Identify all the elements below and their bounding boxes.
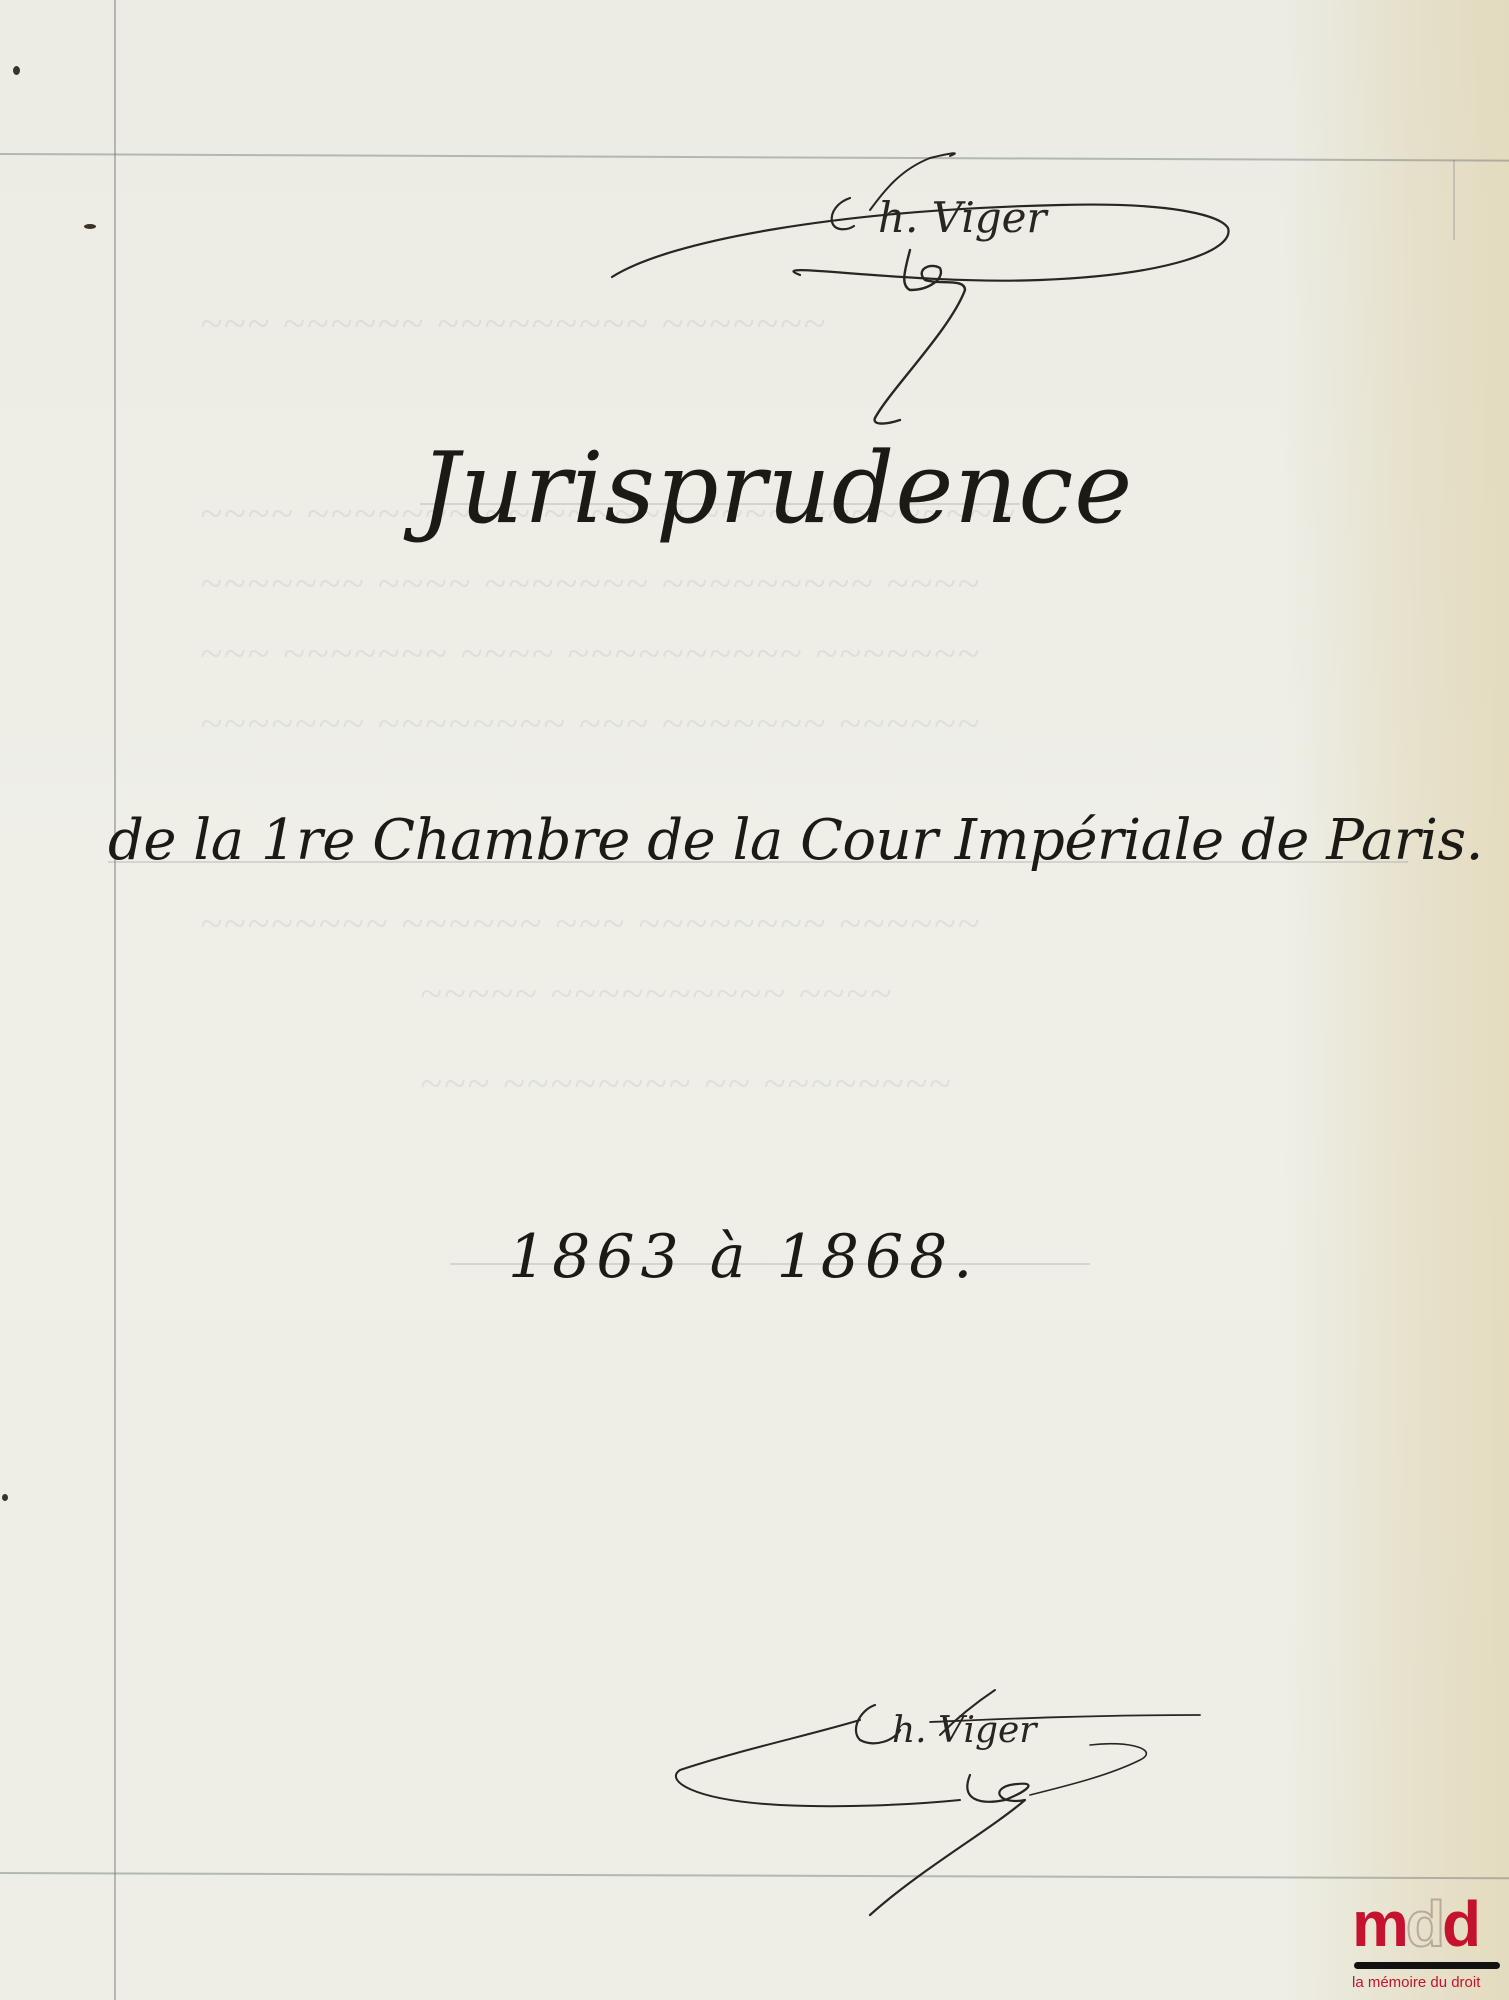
ink-speck <box>84 224 96 229</box>
bleed-through-text: ~~~ ~~~~~~~~ ~~ ~~~~~~~~ <box>420 1060 952 1107</box>
right-margin-rule <box>1453 160 1455 240</box>
svg-text:h. Viger: h. Viger <box>878 193 1050 242</box>
bleed-through-text: ~~~~~ ~~~~~~~~~~ ~~~~ <box>420 970 893 1017</box>
logo-letter-m: m <box>1352 1888 1406 1960</box>
logo-letter-d: d <box>1442 1888 1478 1960</box>
bleed-through-text: ~~~~~~~ ~~~~~~~~ ~~~ ~~~~~~~ ~~~~~~ <box>200 700 981 747</box>
ink-speck <box>2 1494 8 1501</box>
bleed-through-text: ~~~~~~~ ~~~~ ~~~~~~~ ~~~~~~~~~ ~~~~ <box>200 560 981 607</box>
logo-tagline: la mémoire du droit <box>1352 1974 1480 1991</box>
mdd-watermark-logo: mdd la mémoire du droit <box>1352 1892 1502 1996</box>
bleed-through-text: ~~~~~~~~ ~~~~~~ ~~~ ~~~~~~~~ ~~~~~~ <box>200 900 981 947</box>
document-subtitle: de la 1re Chambre de la Cour Impériale d… <box>108 808 1483 873</box>
document-title: Jurisprudence <box>420 432 1133 546</box>
logo-underline-bar <box>1354 1962 1500 1969</box>
bleed-through-text: ~~~ ~~~~~~~ ~~~~ ~~~~~~~~~~ ~~~~~~~ <box>200 630 981 677</box>
logo-letter-d-hollow: d <box>1406 1888 1442 1960</box>
left-margin-rule <box>114 0 116 2000</box>
document-dates: 1863 à 1868. <box>508 1222 978 1292</box>
logo-wordmark: mdd <box>1352 1892 1478 1956</box>
svg-text:h. Viger: h. Viger <box>892 1710 1038 1751</box>
ink-speck <box>13 66 20 75</box>
signature-top: h. Viger <box>610 150 1410 450</box>
signature-bottom: h. Viger <box>660 1660 1220 1920</box>
scanned-page: ~~~ ~~~~~~ ~~~~~~~~~ ~~~~~~~ ~~~~ ~~~~~~… <box>0 0 1509 2000</box>
